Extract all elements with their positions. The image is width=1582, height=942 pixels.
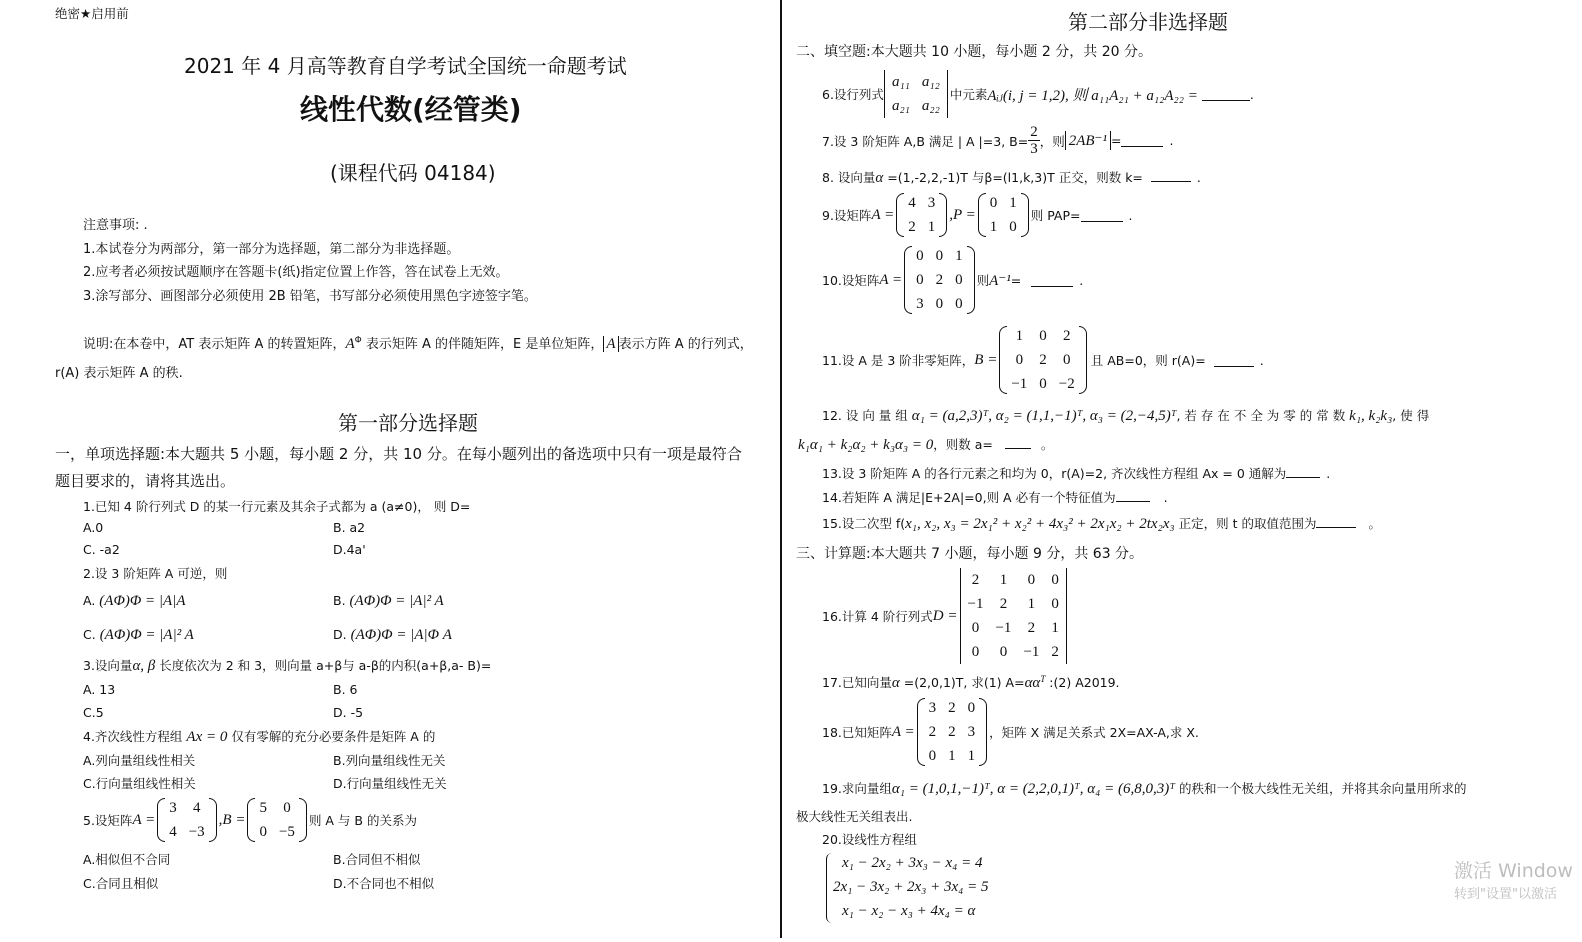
answer-blank[interactable] xyxy=(1031,274,1073,287)
answer-blank[interactable] xyxy=(1202,88,1250,101)
determinant-2x2: a₁₁a₁₂ a₂₁a₂₂ xyxy=(884,70,948,118)
q1-option-b[interactable]: B. a2 xyxy=(333,520,365,535)
answer-blank[interactable] xyxy=(1214,354,1254,367)
q3-option-a[interactable]: A. 13 xyxy=(83,682,115,697)
answer-blank[interactable] xyxy=(1286,465,1320,478)
determinant-4x4: 2100 −1210 0−121 00−12 xyxy=(960,568,1067,664)
question-16: 16.计算 4 阶行列式 D = 2100 −1210 0−121 00−12 xyxy=(822,568,1067,664)
question-19-line2: 极大线性无关组表出. xyxy=(796,807,912,825)
section3-desc: 三、计算题:本大题共 7 小题，每小题 9 分，共 63 分。 xyxy=(796,543,1143,563)
section1-desc-line1: 一，单项选择题:本大题共 5 小题，每小题 2 分，共 10 分。在每小题列出的… xyxy=(55,443,742,464)
section2-desc: 二、填空题:本大题共 10 小题，每小题 2 分，共 20 分。 xyxy=(796,41,1152,61)
course-code: (课程代码 04184) xyxy=(330,157,496,186)
matrix-b: 50 0−5 xyxy=(247,796,306,844)
q3-option-b[interactable]: B. 6 xyxy=(333,682,357,697)
matrix-p: 01 10 xyxy=(978,191,1029,239)
q3-option-c[interactable]: C.5 xyxy=(83,705,104,720)
q2-option-d[interactable]: D. (AΦ)Φ = |A|Φ A xyxy=(333,627,452,644)
matrix-a: 320 223 011 xyxy=(917,696,988,768)
answer-blank[interactable] xyxy=(1081,209,1123,222)
question-20-stem: 20.设线性方程组 xyxy=(822,830,917,848)
windows-activation-hint: 转到"设置"以激活 xyxy=(1454,883,1557,902)
question-17: 17.已知向量α =(2,0,1)T, 求(1) A=ααT :(2) A201… xyxy=(822,673,1120,692)
matrix-a: 43 21 xyxy=(896,191,947,239)
secret-mark: 绝密★启用前 xyxy=(55,4,129,22)
q5-option-a[interactable]: A.相似但不合同 xyxy=(83,850,170,868)
q2-option-b[interactable]: B. (AΦ)Φ = |A|² A xyxy=(333,593,444,610)
section1-desc-line2: 题目要求的，请将其选出。 xyxy=(55,470,235,491)
q1-option-a[interactable]: A.0 xyxy=(83,520,103,535)
q2-option-c[interactable]: C. (AΦ)Φ = |A|² A xyxy=(83,627,194,644)
note-item: 3.涂写部分、画图部分必须使用 2B 铅笔，书写部分必须使用黑色字迹签字笔。 xyxy=(83,285,537,304)
question-4-stem: 4.齐次线性方程组 Ax = 0 仅有零解的充分必要条件是矩阵 A 的 xyxy=(83,727,435,746)
question-11: 11.设 A 是 3 阶非零矩阵， B = 102 020 −10−2 且 AB… xyxy=(822,324,1264,396)
subject-title: 线性代数(经管类) xyxy=(300,88,522,128)
question-19-line1: 19.求向量组α₁ = (1,0,1,−1)ᵀ, α = (2,2,0,1)ᵀ,… xyxy=(822,779,1467,798)
question-2-stem: 2.设 3 阶矩阵 A 可逆，则 xyxy=(83,564,227,582)
question-14: 14.若矩阵 A 满足|E+2A|=0,则 A 必有一个特征值为. xyxy=(822,488,1168,506)
answer-blank[interactable] xyxy=(1121,134,1163,147)
question-3-stem: 3.设向量α, β 长度依次为 2 和 3，则向量 a+β与 a-β的内积(a+… xyxy=(83,656,491,675)
note-item: 1.本试卷分为两部分，第一部分为选择题，第二部分为非选择题。 xyxy=(83,238,459,257)
windows-activation-watermark: 激活 Window xyxy=(1454,856,1573,883)
q4-option-d[interactable]: D.行向量组线性无关 xyxy=(333,774,447,792)
explanation-line2: r(A) 表示矩阵 A 的秩. xyxy=(55,362,183,381)
equation-3: x₁ − x₂ − x₃ + 4x₄ = α xyxy=(842,903,975,920)
q4-option-b[interactable]: B.列向量组线性无关 xyxy=(333,751,446,769)
part2-title: 第二部分非选择题 xyxy=(1068,6,1228,35)
question-5-stem: 5.设矩阵 A = 34 4−3 ,B = 50 0−5 则 A 与 B 的关系… xyxy=(83,796,417,844)
explanation-line1: 说明:在本卷中，AT 表示矩阵 A 的转置矩阵，AΦ 表示矩阵 A 的伴随矩阵，… xyxy=(83,333,753,353)
answer-blank[interactable] xyxy=(1151,169,1191,182)
answer-blank[interactable] xyxy=(1005,436,1031,449)
q4-option-c[interactable]: C.行向量组线性相关 xyxy=(83,774,196,792)
q1-option-c[interactable]: C. -a2 xyxy=(83,542,120,557)
q5-option-d[interactable]: D.不合同也不相似 xyxy=(333,874,434,892)
equation-1: x₁ − 2x₂ + 3x₃ − x₄ = 4 xyxy=(842,855,982,872)
question-12-line2: k₁α₁ + k₂α₂ + k₃α₃ = 0，则数 a= 。 xyxy=(798,435,1053,454)
q5-option-c[interactable]: C.合同且相似 xyxy=(83,874,158,892)
question-13: 13.设 3 阶矩阵 A 的各行元素之和均为 0，r(A)=2, 齐次线性方程组… xyxy=(822,464,1330,482)
q5-option-b[interactable]: B.合同但不相似 xyxy=(333,850,421,868)
page-divider xyxy=(780,0,782,938)
note-item: 2.应考者必须按试题顺序在答题卡(纸)指定位置上作答，答在试卷上无效。 xyxy=(83,261,509,280)
answer-blank[interactable] xyxy=(1316,515,1356,528)
fraction: 23 xyxy=(1028,124,1040,157)
question-18: 18.已知矩阵 A = 320 223 011 ，矩阵 X 满足关系式 2X=A… xyxy=(822,696,1199,768)
q4-option-a[interactable]: A.列向量组线性相关 xyxy=(83,751,195,769)
question-12-line1: 12. 设 向 量 组 α₁ = (a,2,3)ᵀ, α₂ = (1,1,−1)… xyxy=(822,406,1429,425)
question-8: 8. 设向量α =(1,-2,2,-1)T 与β=(l1,k,3)T 正交，则数… xyxy=(822,168,1201,187)
q2-option-a[interactable]: A. (AΦ)Φ = |A|A xyxy=(83,593,185,610)
exam-title: 2021 年 4 月高等教育自学考试全国统一命题考试 xyxy=(184,50,627,79)
part1-title: 第一部分选择题 xyxy=(338,407,478,436)
question-7: 7.设 3 阶矩阵 A,B 满足 | A |=3, B= 23 ，则 2AB⁻¹… xyxy=(822,124,1173,157)
matrix-b: 102 020 −10−2 xyxy=(999,324,1086,396)
question-1-stem: 1.已知 4 阶行列式 D 的某一行元素及其余子式都为 a (a≠0)， 则 D… xyxy=(83,497,470,515)
question-10: 10.设矩阵 A = 001 020 300 则 A⁻¹= . xyxy=(822,244,1083,316)
matrix-a: 001 020 300 xyxy=(904,244,975,316)
equation-2: 2x₁ − 3x₂ + 2x₃ + 3x₄ = 5 xyxy=(833,879,988,896)
question-9: 9.设矩阵 A = 43 21 ,P = 01 10 则 PAP= . xyxy=(822,191,1132,239)
notes-heading: 注意事项: . xyxy=(83,214,148,233)
question-15: 15.设二次型 f(x₁, x₂, x₃ = 2x₁² + x₂² + 4x₃²… xyxy=(822,514,1381,533)
question-6: 6.设行列式 a₁₁a₁₂ a₂₁a₂₂ 中元素 Aᵢⱼ(i, j = 1,2)… xyxy=(822,70,1254,118)
matrix-a: 34 4−3 xyxy=(157,796,216,844)
answer-blank[interactable] xyxy=(1116,489,1150,502)
q3-option-d[interactable]: D. -5 xyxy=(333,705,363,720)
q1-option-d[interactable]: D.4a' xyxy=(333,542,366,557)
